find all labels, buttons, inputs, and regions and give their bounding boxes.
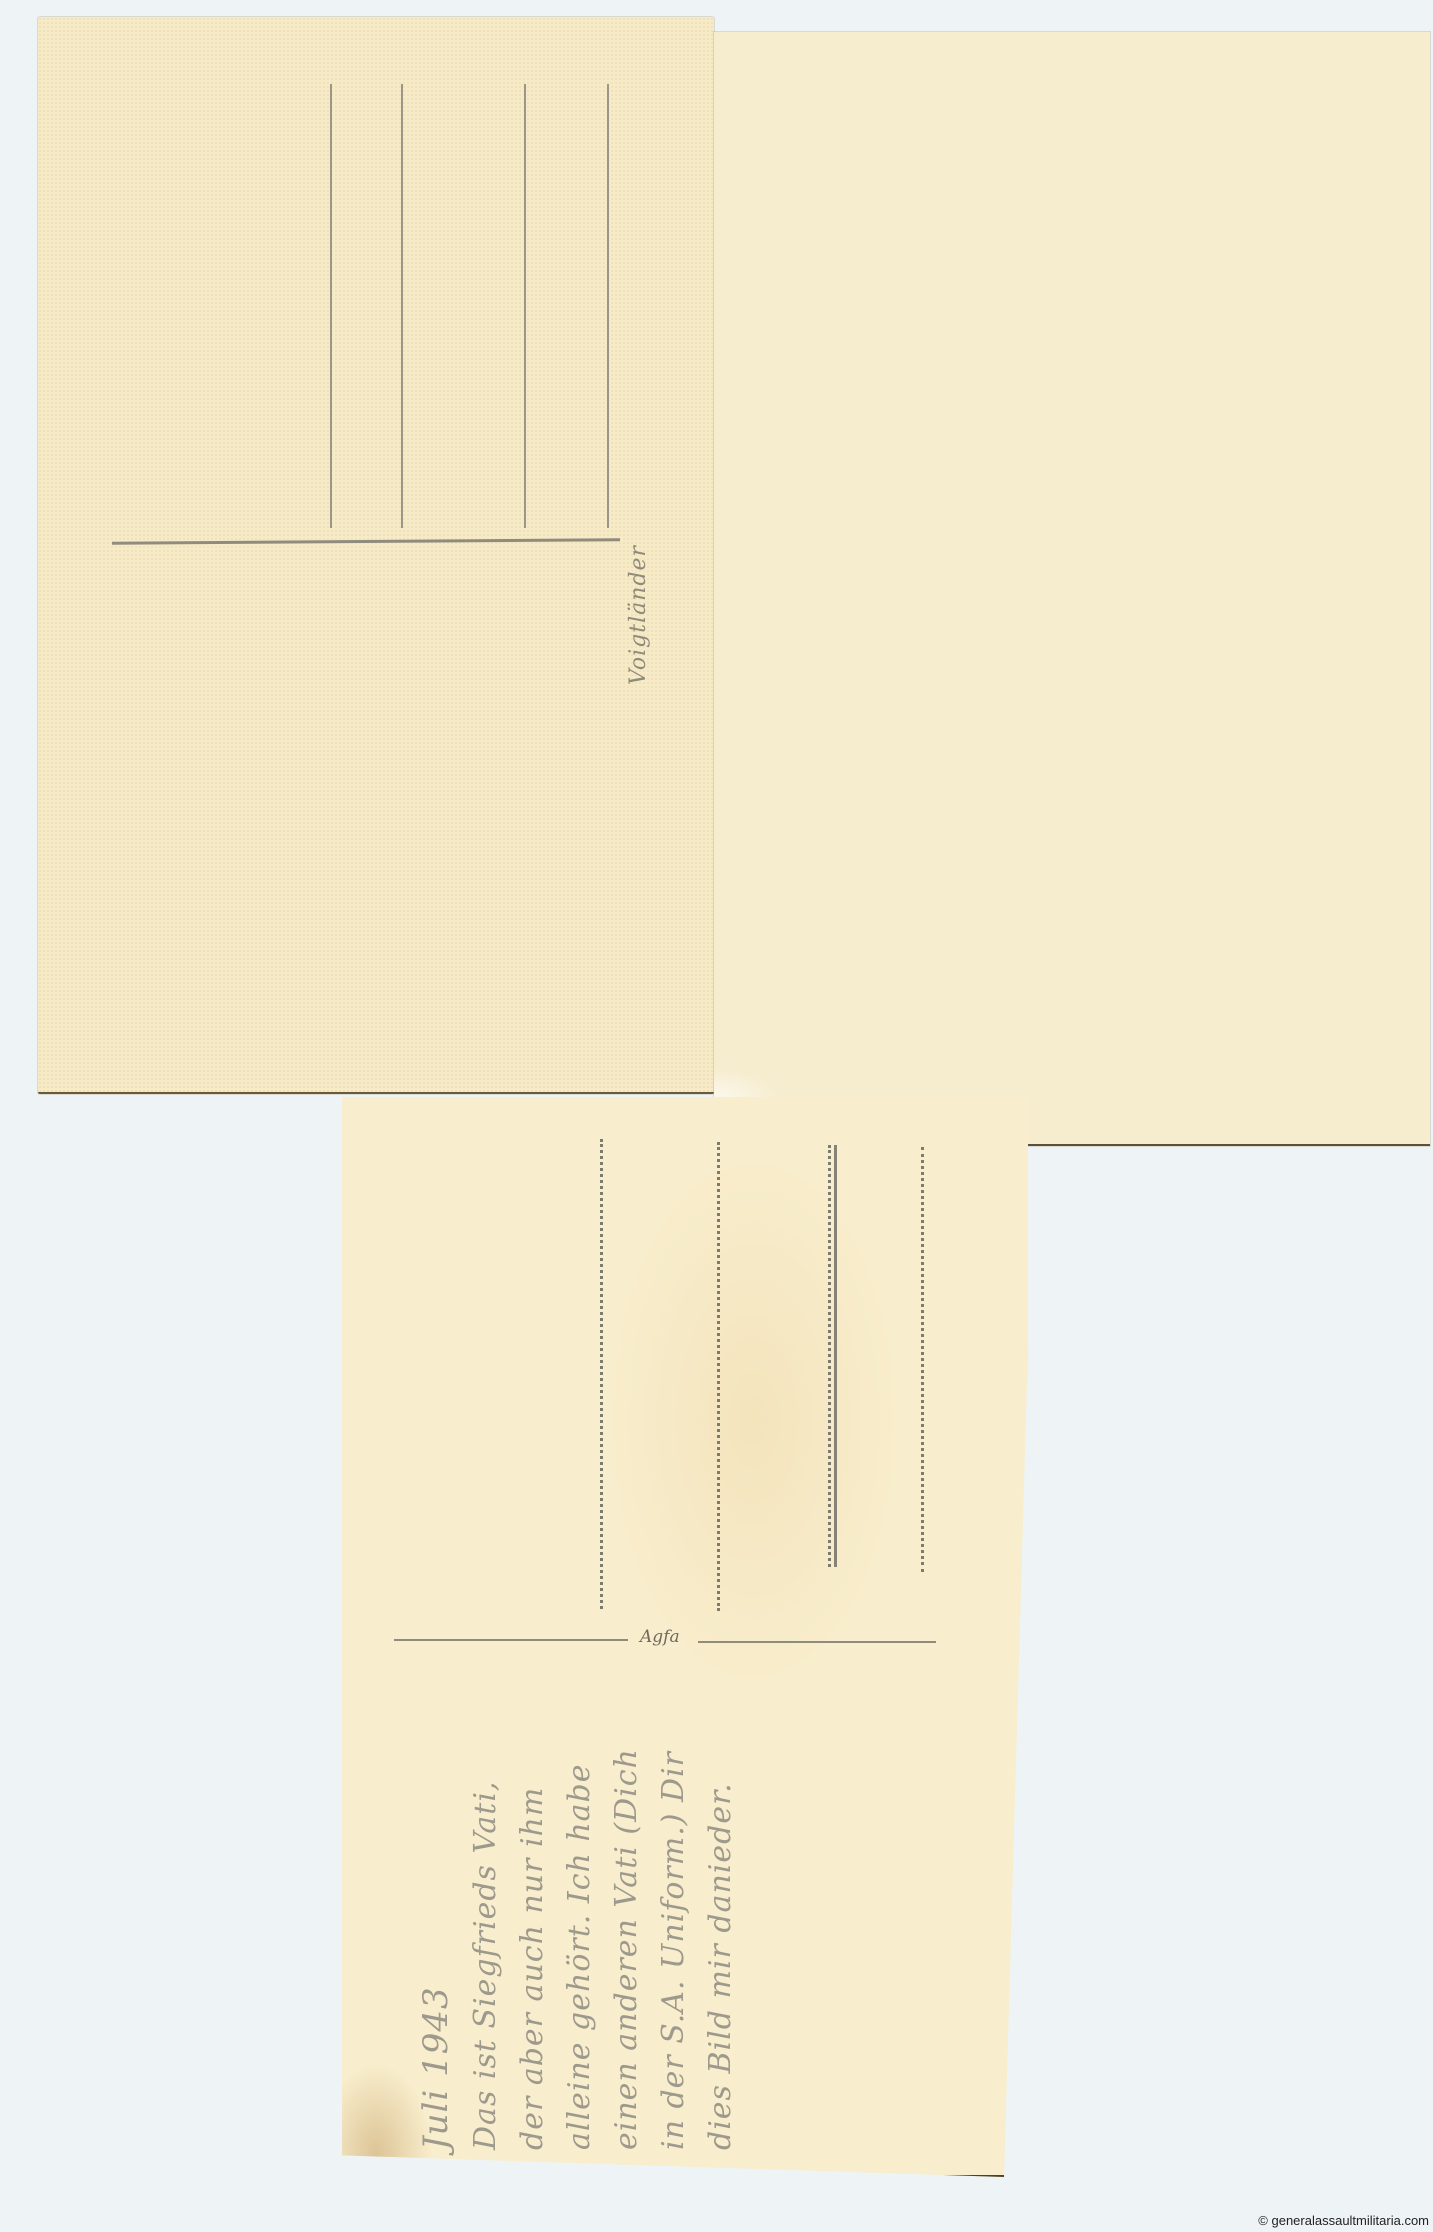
stamp-line-2 xyxy=(401,84,403,528)
brand-mark-voigtlaender: Voigtländer xyxy=(626,545,651,685)
stamp-line-1 xyxy=(330,84,332,528)
handwriting-line-5: in der S.A. Uniform.) Dir xyxy=(650,1630,697,2150)
postcard-top-left: Voigtländer xyxy=(38,17,714,1094)
handwriting-line-4: einen anderen Vati (Dich xyxy=(603,1630,650,2150)
stamp-line-2 xyxy=(717,1142,720,1611)
handwriting-line-2: der aber auch nur ihm xyxy=(509,1630,556,2150)
stamp-line-1 xyxy=(600,1139,603,1609)
handwritten-message: Juli 1943 Das ist Siegfrieds Vati, der a… xyxy=(410,1630,744,2150)
stamp-line-3-solid xyxy=(834,1145,837,1567)
postcard-top-right-blank xyxy=(714,32,1430,1146)
handwriting-line-6: dies Bild mir danieder. xyxy=(697,1630,744,2150)
stamp-line-4 xyxy=(921,1147,924,1572)
handwriting-line-3: alleine gehört. Ich habe xyxy=(556,1630,603,2150)
handwriting-date: Juli 1943 xyxy=(410,1630,462,2150)
stamp-line-3 xyxy=(524,84,526,528)
stamp-line-4 xyxy=(607,84,609,528)
address-divider-line xyxy=(112,538,620,545)
handwriting-line-1: Das ist Siegfrieds Vati, xyxy=(462,1630,509,2150)
copyright-watermark: © generalassaultmilitaria.com xyxy=(1258,2213,1429,2228)
stamp-line-3 xyxy=(828,1145,831,1567)
